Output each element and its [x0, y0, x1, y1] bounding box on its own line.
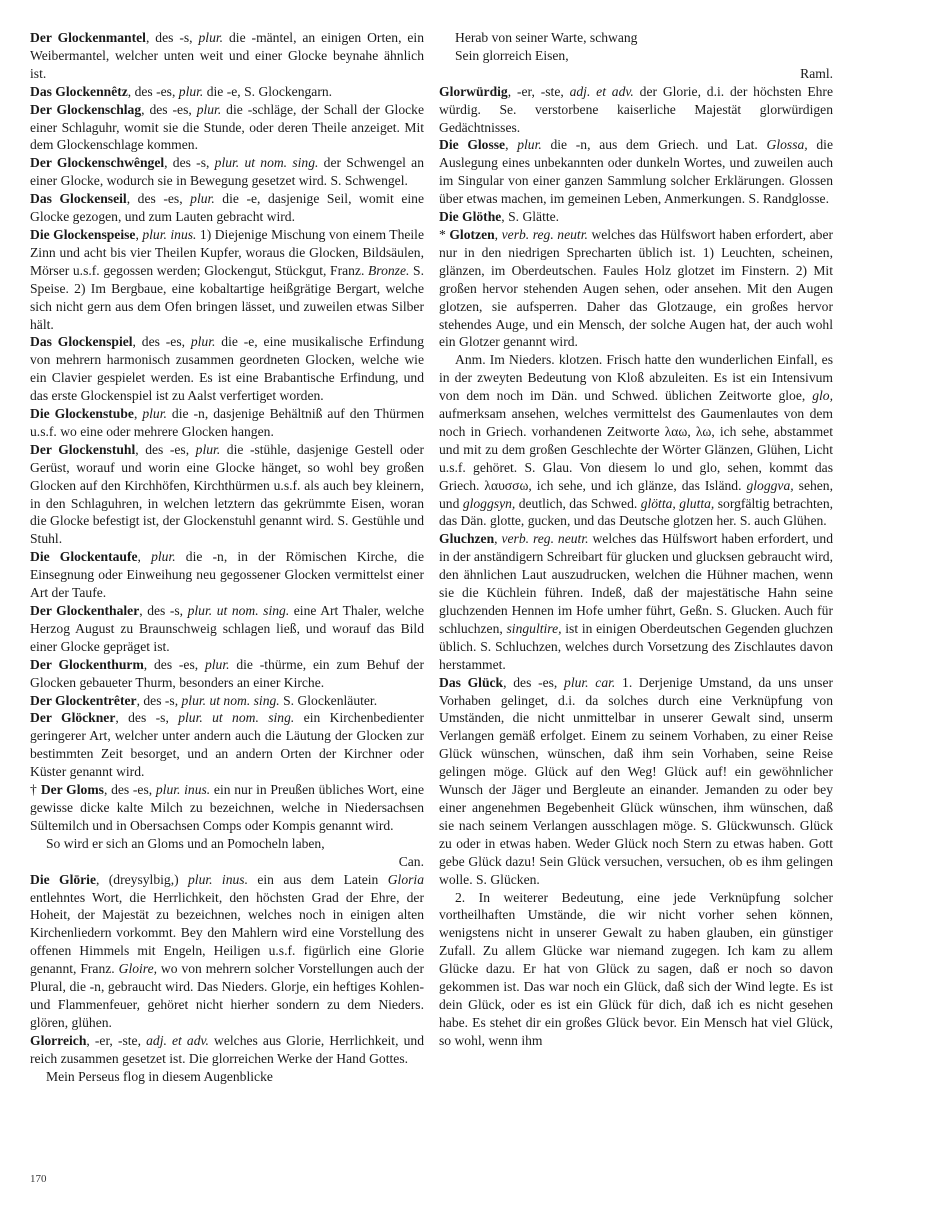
italic-term: plur. ut nom. sing.: [182, 693, 280, 708]
dictionary-entry: Der Glockentrêter, des -s, plur. ut nom.…: [30, 692, 424, 710]
headword: Der Glockentrêter: [30, 693, 137, 708]
italic-term: plur. inus.: [188, 872, 248, 887]
italic-term: gloggva,: [746, 478, 793, 493]
entry-text: 2. In weiterer Bedeutung, eine jede Verk…: [439, 890, 833, 1048]
headword: Der Glöckner: [30, 710, 115, 725]
entry-text: welches das Hülfswort haben erfordert, a…: [439, 227, 833, 349]
entry-paragraph: Anm. Im Nieders. klotzen. Frisch hatte d…: [439, 351, 833, 530]
quote-attribution: Raml.: [439, 65, 833, 83]
dictionary-entry: Gluchzen, verb. reg. neutr. welches das …: [439, 530, 833, 673]
italic-term: gloggsyn,: [463, 496, 515, 511]
headword: Die Glosse: [439, 137, 505, 152]
italic-term: plur. inus.: [156, 782, 210, 797]
italic-term: adj. et adv.: [146, 1033, 209, 1048]
entry-text: Anm. Im Nieders. klotzen. Frisch hatte d…: [439, 352, 833, 403]
entry-text: 1. Derjenige Umstand, da uns unser Vorha…: [439, 675, 833, 887]
verse-quote: Sein glorreich Eisen,: [439, 47, 833, 65]
headword: Der Glockenthurm: [30, 657, 144, 672]
entry-text: deutlich, das Schwed.: [515, 496, 640, 511]
headword: Das Glockenseil: [30, 191, 127, 206]
entry-text: Sein glorreich Eisen,: [455, 48, 569, 63]
italic-term: Gloire,: [119, 961, 157, 976]
entry-text: , des -es,: [128, 84, 179, 99]
dictionary-entry: Die Glosse, plur. die -n, aus dem Griech…: [439, 136, 833, 208]
italic-term: plur. ut nom. sing.: [188, 603, 290, 618]
dictionary-entry: Das Glück, des -es, plur. car. 1. Derjen…: [439, 674, 833, 889]
right-column: Herab von seiner Warte, schwangSein glor…: [439, 29, 833, 1050]
headword: Glorwürdig: [439, 84, 508, 99]
headword: Die Glockentaufe: [30, 549, 138, 564]
entry-text: , des -s,: [115, 710, 178, 725]
entry-text: ,: [138, 549, 152, 564]
italic-term: plur.: [142, 406, 167, 421]
italic-term: plur. car.: [564, 675, 615, 690]
headword: Der Gloms: [41, 782, 104, 797]
dictionary-entry: Das Glockennêtz, des -es, plur. die -e, …: [30, 83, 424, 101]
entry-text: , -er, -ste,: [508, 84, 570, 99]
dictionary-entry: Der Glockenthurm, des -es, plur. die -th…: [30, 656, 424, 692]
entry-text: , des -s,: [164, 155, 215, 170]
headword: Der Glockenmantel: [30, 30, 146, 45]
entry-text: die -n, aus dem Griech. und Lat.: [542, 137, 767, 152]
entry-text: , (dreysylbig,): [96, 872, 188, 887]
entry-text: ,: [505, 137, 517, 152]
entry-text: die -e, S. Glockengarn.: [203, 84, 332, 99]
dictionary-entry: Die Glockenstube, plur. die -n, dasjenig…: [30, 405, 424, 441]
left-column: Der Glockenmantel, des -s, plur. die -mä…: [30, 29, 424, 1085]
entry-text: , des -es,: [144, 657, 205, 672]
entry-text: Raml.: [800, 66, 833, 81]
entry-text: , des -es,: [133, 334, 191, 349]
dictionary-entry: Der Glockenmantel, des -s, plur. die -mä…: [30, 29, 424, 83]
italic-term: Bronze.: [368, 263, 409, 278]
dictionary-entry: Die Glöthe, S. Glätte.: [439, 208, 833, 226]
italic-term: plur.: [179, 84, 204, 99]
italic-term: glo,: [812, 388, 833, 403]
italic-term: plur.: [191, 334, 216, 349]
italic-term: glötta, glutta,: [641, 496, 715, 511]
italic-term: plur.: [197, 102, 222, 117]
headword: Der Glockenthaler: [30, 603, 139, 618]
dictionary-entry: Der Glockenstuhl, des -es, plur. die -st…: [30, 441, 424, 548]
italic-term: plur.: [196, 442, 221, 457]
dictionary-entry: * Glotzen, verb. reg. neutr. welches das…: [439, 226, 833, 351]
italic-term: plur.: [151, 549, 176, 564]
entry-text: , des -s,: [139, 603, 187, 618]
entry-text: , des -s,: [137, 693, 182, 708]
italic-term: singultire,: [507, 621, 562, 636]
dictionary-entry: Die Glōrie, (dreysylbig,) plur. inus. ei…: [30, 871, 424, 1032]
entry-text: *: [439, 227, 449, 242]
italic-term: Glossa,: [767, 137, 808, 152]
italic-term: verb. reg. neutr.: [502, 227, 588, 242]
entry-text: ein aus dem Latein: [248, 872, 388, 887]
dictionary-entry: Die Glockenspeise, plur. inus. 1) Diejen…: [30, 226, 424, 333]
italic-term: plur. inus.: [142, 227, 196, 242]
dictionary-entry: † Der Gloms, des -es, plur. inus. ein nu…: [30, 781, 424, 835]
entry-text: , des -es,: [141, 102, 197, 117]
entry-text: So wird er sich an Gloms und an Pomochel…: [46, 836, 325, 851]
dictionary-entry: Das Glockenseil, des -es, plur. die -e, …: [30, 190, 424, 226]
italic-term: plur.: [205, 657, 230, 672]
dictionary-entry: Glorreich, -er, -ste, adj. et adv. welch…: [30, 1032, 424, 1068]
italic-term: plur.: [190, 191, 215, 206]
dictionary-entry: Der Glockenthaler, des -s, plur. ut nom.…: [30, 602, 424, 656]
headword: Der Glockenstuhl: [30, 442, 135, 457]
verse-quote: So wird er sich an Gloms und an Pomochel…: [30, 835, 424, 853]
quote-attribution: Can.: [30, 853, 424, 871]
italic-term: plur.: [199, 30, 224, 45]
italic-term: plur. ut nom. sing.: [215, 155, 319, 170]
headword: Die Glockenspeise: [30, 227, 135, 242]
headword: Glorreich: [30, 1033, 86, 1048]
entry-text: Mein Perseus flog in diesem Augenblicke: [46, 1069, 273, 1084]
headword: Der Glockenschwêngel: [30, 155, 164, 170]
dictionary-entry: Das Glockenspiel, des -es, plur. die -e,…: [30, 333, 424, 405]
verse-quote: Mein Perseus flog in diesem Augenblicke: [30, 1068, 424, 1086]
headword: Die Glockenstube: [30, 406, 134, 421]
headword: Die Glöthe: [439, 209, 501, 224]
headword: Gluchzen: [439, 531, 494, 546]
entry-text: , des -s,: [146, 30, 199, 45]
dictionary-entry: Der Glöckner, des -s, plur. ut nom. sing…: [30, 709, 424, 781]
headword: Das Glück: [439, 675, 503, 690]
page-number: 170: [30, 1173, 47, 1185]
entry-text: , S. Glätte.: [501, 209, 559, 224]
dictionary-entry: Der Glockenschwêngel, des -s, plur. ut n…: [30, 154, 424, 190]
entry-text: Herab von seiner Warte, schwang: [455, 30, 637, 45]
entry-text: , des -es,: [135, 442, 195, 457]
headword: Die Glōrie: [30, 872, 96, 887]
headword: Das Glockenspiel: [30, 334, 133, 349]
italic-term: plur. ut nom. sing.: [178, 710, 294, 725]
dictionary-entry: Glorwürdig, -er, -ste, adj. et adv. der …: [439, 83, 833, 137]
entry-text: , des -es,: [104, 782, 156, 797]
italic-term: verb. reg. neutr.: [501, 531, 588, 546]
dictionary-entry: Die Glockentaufe, plur. die -n, in der R…: [30, 548, 424, 602]
entry-text: , -er, -ste,: [86, 1033, 146, 1048]
entry-text: , des -es,: [503, 675, 564, 690]
entry-text: S. Glockenläuter.: [280, 693, 377, 708]
verse-quote: Herab von seiner Warte, schwang: [439, 29, 833, 47]
dictionary-entry: Der Glockenschlag, des -es, plur. die -s…: [30, 101, 424, 155]
entry-text: †: [30, 782, 41, 797]
entry-text: Can.: [399, 854, 424, 869]
entry-paragraph: 2. In weiterer Bedeutung, eine jede Verk…: [439, 889, 833, 1050]
headword: Das Glockennêtz: [30, 84, 128, 99]
italic-term: Gloria: [388, 872, 424, 887]
entry-text: die -stühle, dasjenige Gestell oder Gerü…: [30, 442, 424, 547]
entry-text: , des -es,: [127, 191, 190, 206]
entry-text: ,: [495, 227, 502, 242]
italic-term: adj. et adv.: [570, 84, 634, 99]
italic-term: plur.: [517, 137, 542, 152]
headword: Der Glockenschlag: [30, 102, 141, 117]
headword: Glotzen: [449, 227, 494, 242]
